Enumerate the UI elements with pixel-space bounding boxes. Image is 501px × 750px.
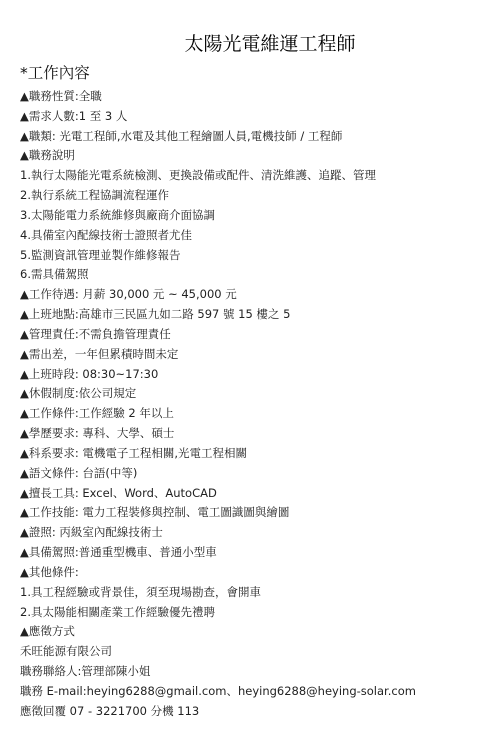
duty-item: 5.監測資訊管理並製作維修報告 xyxy=(20,246,490,266)
tools: ▲擅長工具: Excel、Word、AutoCAD xyxy=(20,484,490,504)
company-name: 禾旺能源有限公司 xyxy=(20,642,490,662)
other-conditions-heading: ▲其他條件: xyxy=(20,563,490,583)
duty-item: 3.太陽能電力系統維修與廠商介面協調 xyxy=(20,206,490,226)
duty-item: 6.需具備駕照 xyxy=(20,265,490,285)
contact-person: 職務聯絡人:管理部陳小姐 xyxy=(20,662,490,682)
section-heading: *工作內容 xyxy=(20,62,90,84)
other-condition-item: 1.具工程經驗或背景佳，須至現場勘查，會開車 xyxy=(20,583,490,603)
certification: ▲證照: 丙級室內配線技術士 xyxy=(20,523,490,543)
other-condition-item: 2.具太陽能相關產業工作經驗優先禮聘 xyxy=(20,603,490,623)
job-type: ▲職務性質:全職 xyxy=(20,87,490,107)
work-hours: ▲上班時段: 08:30~17:30 xyxy=(20,365,490,385)
job-title: 太陽光電維運工程師 xyxy=(0,32,501,56)
job-category: ▲職類: 光電工程師,水電及其他工程繪圖人員,電機技師 / 工程師 xyxy=(20,127,490,147)
salary: ▲工作待遇: 月薪 30,000 元 ~ 45,000 元 xyxy=(20,285,490,305)
language-requirement: ▲語文條件: 台語(中等) xyxy=(20,464,490,484)
experience-requirement: ▲工作條件:工作經驗 2 年以上 xyxy=(20,404,490,424)
contact-email[interactable]: 職務 E-mail:heying6288@gmail.com、heying628… xyxy=(20,682,490,702)
duty-item: 1.執行太陽能光電系統檢測、更換設備或配件、清洗維護、追蹤、管理 xyxy=(20,166,490,186)
management-responsibility: ▲管理責任:不需負擔管理責任 xyxy=(20,325,490,345)
skills: ▲工作技能: 電力工程裝修與控制、電工圖識圖與繪圖 xyxy=(20,503,490,523)
duty-item: 2.執行系統工程協調流程運作 xyxy=(20,186,490,206)
major-requirement: ▲科系要求: 電機電子工程相關,光電工程相關 xyxy=(20,444,490,464)
job-details: ▲職務性質:全職 ▲需求人數:1 至 3 人 ▲職類: 光電工程師,水電及其他工… xyxy=(20,87,490,722)
job-description-heading: ▲職務說明 xyxy=(20,146,490,166)
driving-license: ▲具備駕照:普通重型機車、普通小型車 xyxy=(20,543,490,563)
duty-item: 4.具備室內配線技術士證照者尤佳 xyxy=(20,226,490,246)
work-location: ▲上班地點:高雄市三民區九如二路 597 號 15 樓之 5 xyxy=(20,305,490,325)
education-requirement: ▲學歷要求: 專科、大學、碩士 xyxy=(20,424,490,444)
leave-policy: ▲休假制度:依公司規定 xyxy=(20,384,490,404)
application-heading: ▲應徵方式 xyxy=(20,622,490,642)
contact-phone: 應徵回覆 07 - 3221700 分機 113 xyxy=(20,702,490,722)
headcount: ▲需求人數:1 至 3 人 xyxy=(20,107,490,127)
business-travel: ▲需出差，一年但累積時間未定 xyxy=(20,345,490,365)
